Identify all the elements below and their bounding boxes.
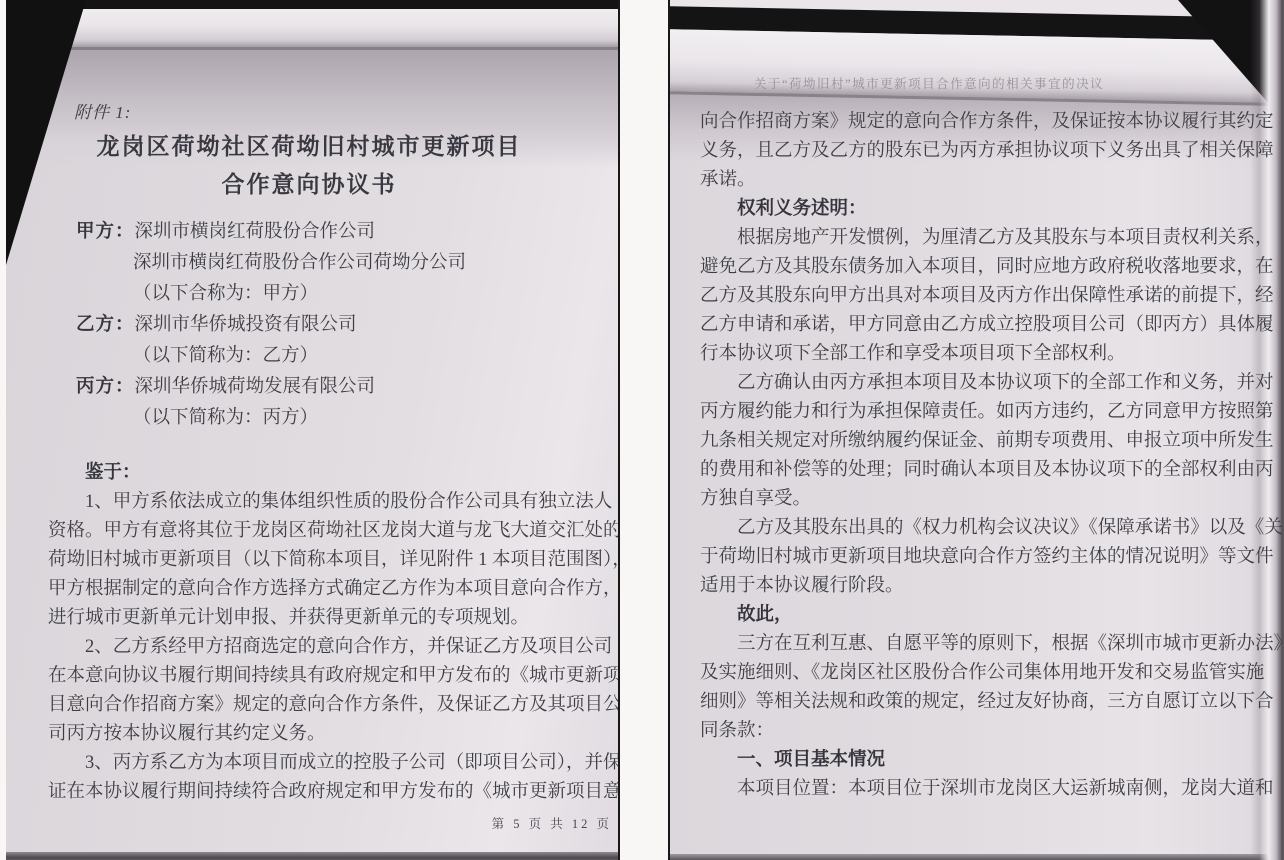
text-line: 荷坳旧村城市更新项目（以下简称本项目，详见附件 1 本项目范围图）， — [48, 546, 606, 575]
text-line: 乙方及其股东向甲方出具对本项目及丙方作出保障性承诺的前提下，经 — [700, 282, 1258, 311]
text-line: 乙方及其股东出具的《权力机构会议决议》《保障承诺书》以及《关 — [700, 514, 1258, 543]
party-line: 甲方：深圳市横岗红荷股份合作公司 — [76, 217, 596, 248]
text-line: 丙方履约能力和行为承担保障责任。如丙方违约，乙方同意甲方按照第 — [700, 398, 1258, 427]
text-line: （以下简称为：丙方） — [76, 403, 596, 434]
text-line: （以下合称为：甲方） — [76, 279, 596, 310]
scan-edge-bottom — [6, 852, 618, 860]
text-line: 进行城市更新单元计划申报、并获得更新单元的专项规划。 — [48, 604, 606, 633]
text-line: 乙方申请和承诺，甲方同意由乙方成立控股项目公司（即丙方）具体履 — [700, 311, 1258, 340]
text-line: 目意向合作招商方案》规定的意向合作方条件，及保证乙方及其项目公 — [48, 691, 606, 720]
party-label: 丙方： — [76, 377, 135, 397]
text-line: 深圳市横岗红荷股份合作公司荷坳分公司 — [76, 248, 596, 279]
attachment-label: 附件 1: — [74, 98, 131, 123]
text-line: 及实施细则、《龙岗区社区股份合作公司集体用地开发和交易监管实施 — [700, 659, 1258, 688]
running-header: 关于“荷坳旧村”城市更新项目合作意向的相关事宜的决议 — [754, 74, 1104, 92]
page-curl-top — [6, 9, 618, 47]
text-line: （以下简称为：乙方） — [76, 341, 596, 372]
text-line: 根据房地产开发惯例，为厘清乙方及其股东与本项目责权利关系， — [700, 224, 1258, 253]
text-line: 故此， — [700, 601, 1258, 630]
party-label: 乙方： — [76, 315, 135, 335]
text-line: 乙方确认由丙方承担本项目及本协议项下的全部工作和义务，并对 — [700, 369, 1258, 398]
text-line: 于荷坳旧村城市更新项目地块意向合作方签约主体的情况说明》等文件 — [700, 543, 1258, 572]
page-crease — [6, 47, 618, 50]
text-line: 方独自享受。 — [700, 485, 1258, 514]
party-label: 甲方： — [76, 222, 135, 242]
text-line: 的费用和补偿等的处理；同时确认本项目及本协议项下的全部权利由丙 — [700, 456, 1258, 485]
right-page-body: 向合作招商方案》规定的意向合作方条件，及保证按本协议履行其约定义务，且乙方及乙方… — [700, 108, 1258, 804]
party-line: 丙方：深圳华侨城荷坳发展有限公司 — [76, 372, 596, 403]
scanned-document-view: 附件 1: 龙岗区荷坳社区荷坳旧村城市更新项目 合作意向协议书 甲方：深圳市横岗… — [0, 0, 1284, 860]
text-line: 证在本协议履行期间持续符合政府规定和甲方发布的《城市更新项目意 — [48, 778, 606, 807]
party-line: 乙方：深圳市华侨城投资有限公司 — [76, 310, 596, 341]
text-line: 细则》等相关法规和政策的规定，经过友好协商，三方自愿订立以下合 — [700, 688, 1258, 717]
parties-block: 甲方：深圳市横岗红荷股份合作公司深圳市横岗红荷股份合作公司荷坳分公司（以下合称为… — [76, 217, 596, 434]
text-line: 2、乙方系经甲方招商选定的意向合作方，并保证乙方及项目公司 — [48, 633, 606, 662]
scan-edge-bottom — [670, 854, 1284, 860]
text-line: 在本意向协议书履行期间持续具有政府规定和甲方发布的《城市更新项 — [48, 662, 606, 691]
text-line: 甲方根据制定的意向合作方选择方式确定乙方作为本项目意向合作方， — [48, 575, 606, 604]
text-line: 承诺。 — [700, 166, 1258, 195]
text-line: 权利义务述明： — [700, 195, 1258, 224]
text-line: 义务，且乙方及乙方的股东已为丙方承担协议项下义务出具了相关保障 — [700, 137, 1258, 166]
text-line: 一、项目基本情况 — [700, 746, 1258, 775]
scan-edge-top — [6, 0, 618, 9]
document-title-line2: 合作意向协议书 — [26, 166, 592, 199]
left-page: 附件 1: 龙岗区荷坳社区荷坳旧村城市更新项目 合作意向协议书 甲方：深圳市横岗… — [6, 0, 620, 860]
page-number: 第 5 页 共 12 页 — [492, 814, 612, 832]
text-line: 资格。甲方有意将其位于龙岗区荷坳社区龙岗大道与龙飞大道交汇处的 — [48, 517, 606, 546]
text-line: 九条相关规定对所缴纳履约保证金、前期专项费用、申报立项中所发生 — [700, 427, 1258, 456]
document-title-line1: 龙岗区荷坳社区荷坳旧村城市更新项目 — [26, 128, 592, 161]
left-page-body: 鉴于：1、甲方系依法成立的集体组织性质的股份合作公司具有独立法人资格。甲方有意将… — [48, 459, 606, 807]
text-line: 行本协议项下全部工作和享受本项目项下全部权利。 — [700, 340, 1258, 369]
text-line: 三方在互利互惠、自愿平等的原则下，根据《深圳市城市更新办法》 — [700, 630, 1258, 659]
text-line: 鉴于： — [48, 459, 606, 488]
text-line: 向合作招商方案》规定的意向合作方条件，及保证按本协议履行其约定 — [700, 108, 1258, 137]
text-line: 1、甲方系依法成立的集体组织性质的股份合作公司具有独立法人 — [48, 488, 606, 517]
text-line: 3、丙方系乙方为本项目而成立的控股子公司（即项目公司），并保 — [48, 749, 606, 778]
text-line: 本项目位置：本项目位于深圳市龙岗区大运新城南侧，龙岗大道和 — [700, 775, 1258, 804]
text-line: 同条款： — [700, 717, 1258, 746]
right-page: 关于“荷坳旧村”城市更新项目合作意向的相关事宜的决议 向合作招商方案》规定的意向… — [668, 0, 1284, 860]
text-line: 避免乙方及其股东债务加入本项目，同时应地方政府税收落地要求，在 — [700, 253, 1258, 282]
text-line: 适用于本协议履行阶段。 — [700, 572, 1258, 601]
text-line: 司丙方按本协议履行其约定义务。 — [48, 720, 606, 749]
